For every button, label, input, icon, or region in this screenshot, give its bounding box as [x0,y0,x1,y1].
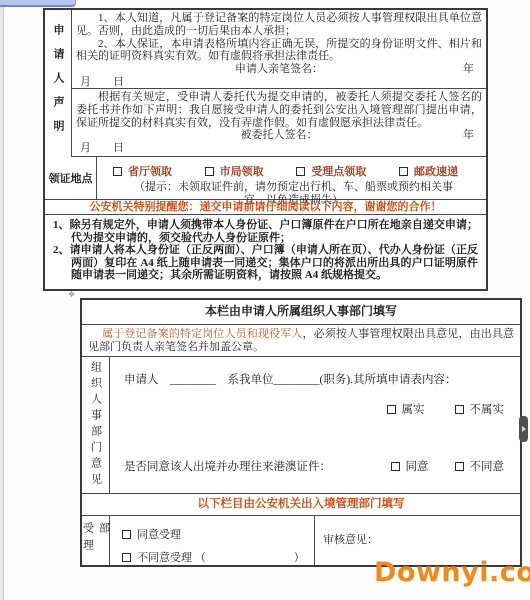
declaration-label: 申请人声明 [50,24,66,144]
declaration-p2: 2、本人保证，本申请表格所填内容正确无误，所提交的身份证明文件、相片和相关的证明… [76,38,482,64]
scroll-handle[interactable] [519,416,528,442]
acceptance-label: 受理部 [80,522,112,565]
pickup-options-cell: 省厅领取 市局领取 受理点领取 邮政速递 （提示：未领取证件前，请勿预定出行机、… [97,157,486,200]
document-page: 申请人声明 1、本人知道，凡属于登记备案的特定岗位人员必须按人事管理权限出具单位… [0,0,530,600]
opt-false: 不属实 [455,401,505,417]
org-note-highlight: 属于登记备案的特定岗位人员和现役军人 [102,328,303,340]
opt-true: 属实 [387,401,425,417]
org-opinion-cell: 申请人 ________ 系我单位________(职务).其所填申请表内容： … [110,357,520,494]
org-police-table: 本栏由申请人所属组织人事部门填写 属于登记备案的特定岗位人员和现役军人，必须按人… [80,298,522,567]
pickup-option-province: 省厅领取 [113,163,172,179]
opt-disagree: 不同意 [455,458,505,474]
declaration-row1: 1、本人知道，凡属于登记备案的特定岗位人员必须按人事管理权限出具单位意见。否则，… [72,10,486,89]
declaration-row2: 根据有关规定，受申请人委托代为提交申请的，被委托人须提交委托人签名的委托书并作如… [72,89,486,157]
checkbox-icon[interactable] [122,530,131,539]
opt-agree: 同意 [391,458,429,474]
checkbox-icon[interactable] [205,167,214,176]
pickup-option-city: 市局领取 [205,163,264,179]
pickup-option-acceptpoint: 受理点领取 [296,163,366,179]
note-item-2: 2、请申请人将本人身份证（正反两面）、户口簿（申请人所在页）、代办人身份证（正反… [53,244,478,282]
org-opinion-label-cell: 组织人事部门意见 [82,357,110,494]
review-opinion-label: 审核意见： [323,534,378,546]
month-day-label: 月 日 [76,142,482,155]
acceptance-label-cell: 受理部 [82,516,110,565]
site-watermark: Downyi.com [374,557,530,588]
police-section-header: 以下栏目由公安机关出入境管理部门填写 [82,494,520,516]
toolbar-fragment [0,0,76,7]
checkbox-icon[interactable] [455,405,464,414]
exit-question: 是否同意该人出境并办理往来港澳证件： [124,458,365,474]
checkbox-icon[interactable] [399,167,408,176]
checkbox-icon[interactable] [391,462,400,471]
checkbox-icon[interactable] [455,462,464,471]
accept-option: 同意受理 [122,526,314,542]
checkbox-icon[interactable] [113,167,122,176]
agent-declaration-p1: 根据有关规定，受申请人委托代为提交申请的，被委托人须提交委托人签名的委托书并作如… [76,91,482,129]
declaration-p1: 1、本人知道，凡属于登记备案的特定岗位人员必须按人事管理权限出具单位意见。否则，… [76,12,482,38]
pickup-label: 领证地点 [49,170,93,186]
org-opinion-label: 组织人事部门意见 [88,361,104,489]
org-section-note: 属于登记备案的特定岗位人员和现役军人，必须按人事管理权限出具意见，由出具意见部门… [82,325,520,357]
checkbox-icon[interactable] [296,167,305,176]
year-label: 年 [463,129,474,142]
declaration-table: 申请人声明 1、本人知道，凡属于登记备案的特定岗位人员必须按人事管理权限出具单位… [43,8,488,291]
pickup-label-cell: 领证地点 [45,157,97,200]
declaration-label-cell: 申请人声明 [45,10,72,157]
checkbox-icon[interactable] [387,405,396,414]
org-section-header: 本栏由申请人所属组织人事部门填写 [82,300,520,325]
submission-notes: 1、除另有规定外，申请人须携带本人身份证、户口簿原件在户口所在地亲自递交申请；代… [45,215,486,289]
right-arrow-icon [522,426,526,432]
object-anchor-icon: ❖ [68,290,75,299]
applicant-signature-label: 申请人亲笔签名： [235,63,323,75]
reject-option: 不同意受理 （ ） [122,549,314,565]
year-label: 年 [463,63,474,76]
acceptance-options-cell: 同意受理 不同意受理 （ ） [110,516,315,565]
note-item-1: 1、除另有规定外，申请人须携带本人身份证、户口簿原件在户口所在地亲自递交申请；代… [53,219,478,244]
police-reminder: 公安机关特别提醒您：递交申请前请仔细阅读以下内容，谢谢您的合作！ [45,200,486,215]
checkbox-icon[interactable] [122,553,131,562]
window-edge-strip [0,0,4,600]
month-day-label: 月 日 [76,76,482,89]
pickup-option-postal: 邮政速递 [399,163,458,179]
agent-signature-label: 被委托人签名： [241,129,318,141]
org-applicant-line: 申请人 ________ 系我单位________(职务).其所填申请表内容： [124,371,510,387]
